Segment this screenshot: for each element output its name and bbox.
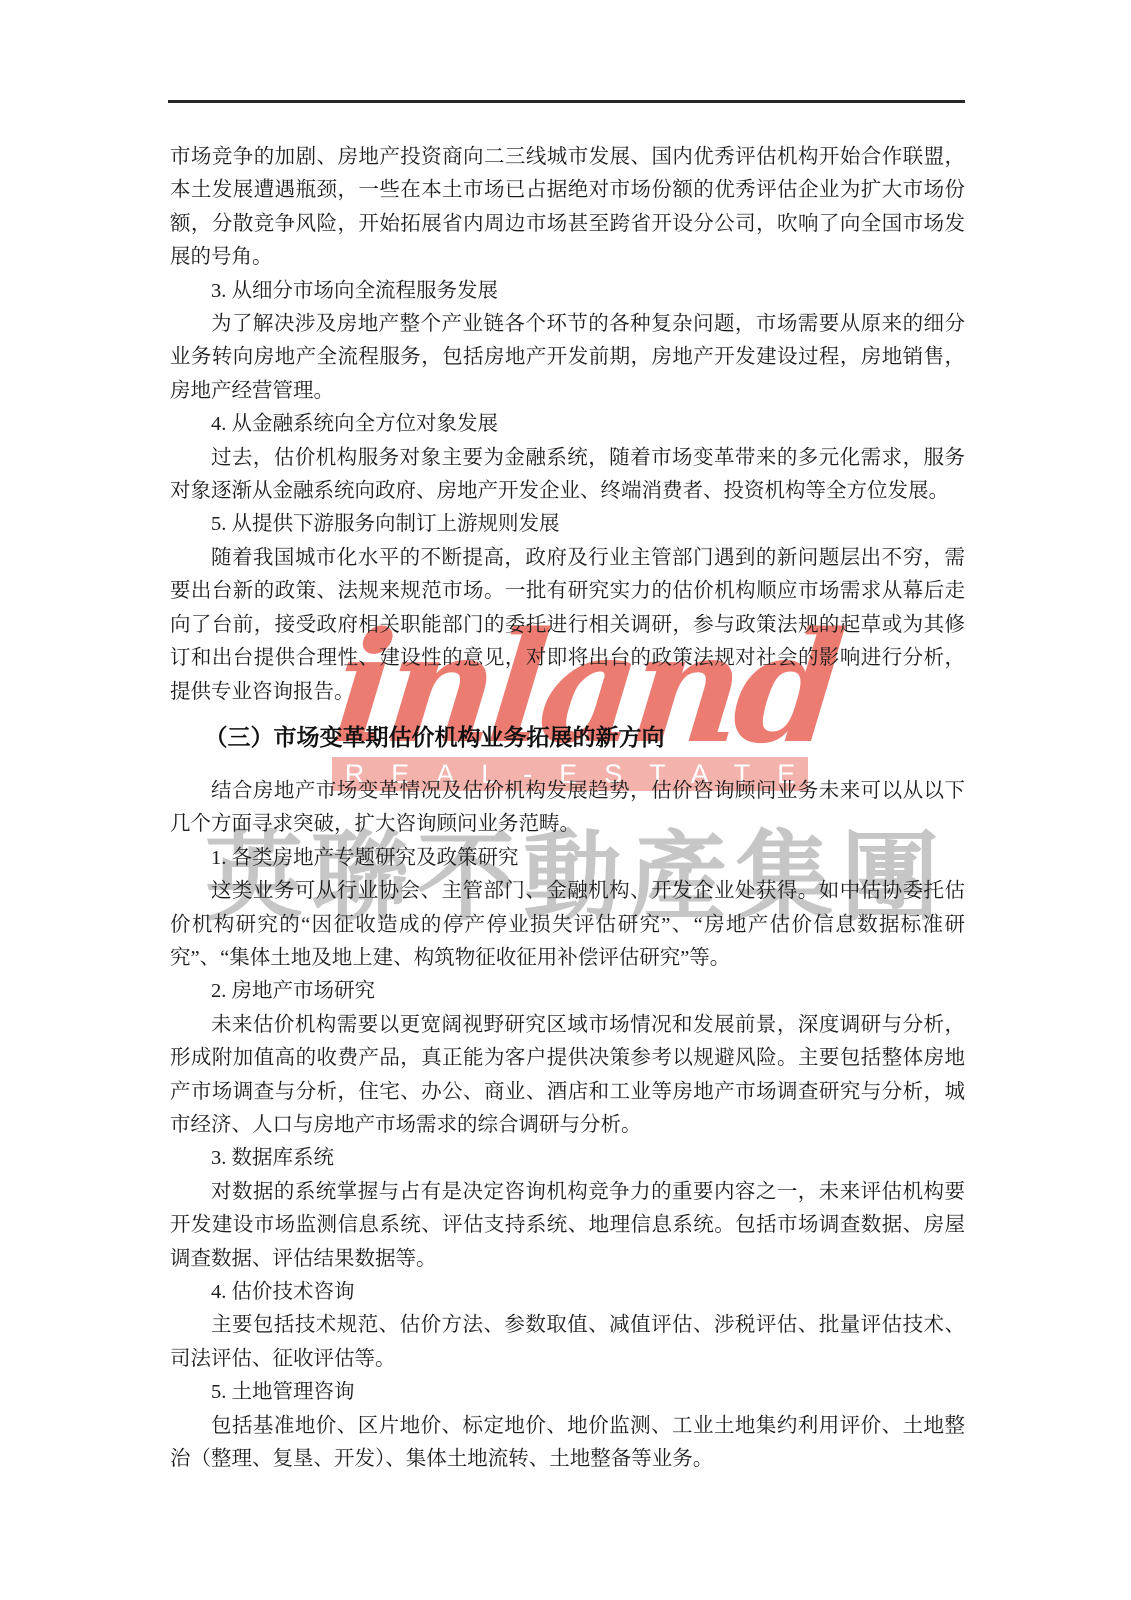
paragraph: 结合房地产市场变革情况及估价机构发展趋势，估价咨询顾问业务未来可以从以下几个方面…	[170, 775, 965, 842]
numbered-subhead: 4. 估价技术咨询	[170, 1276, 965, 1309]
paragraph: 未来估价机构需要以更宽阔视野研究区域市场情况和发展前景，深度调研与分析，形成附加…	[170, 1009, 965, 1143]
document-page: inland REAL-ESTATE 英聯不動產集團 市场竞争的加剧、房地产投资…	[0, 0, 1131, 1600]
numbered-subhead: 5. 土地管理咨询	[170, 1376, 965, 1409]
numbered-subhead: 1. 各类房地产专题研究及政策研究	[170, 842, 965, 875]
numbered-subhead: 2. 房地产市场研究	[170, 975, 965, 1008]
numbered-subhead: 4. 从金融系统向全方位对象发展	[170, 408, 965, 441]
paragraph-continuation: 市场竞争的加剧、房地产投资商向二三线城市发展、国内优秀评估机构开始合作联盟，本土…	[170, 141, 965, 275]
paragraph: 过去，估价机构服务对象主要为金融系统，随着市场变革带来的多元化需求，服务对象逐渐…	[170, 442, 965, 509]
numbered-subhead: 5. 从提供下游服务向制订上游规则发展	[170, 508, 965, 541]
paragraph: 主要包括技术规范、估价方法、参数取值、减值评估、涉税评估、批量评估技术、司法评估…	[170, 1309, 965, 1376]
section-heading: （三）市场变革期估价机构业务拓展的新方向	[170, 718, 965, 756]
paragraph: 对数据的系统掌握与占有是决定咨询机构竞争力的重要内容之一，未来评估机构要开发建设…	[170, 1176, 965, 1276]
document-body: 市场竞争的加剧、房地产投资商向二三线城市发展、国内优秀评估机构开始合作联盟，本土…	[170, 141, 965, 1476]
numbered-subhead: 3. 数据库系统	[170, 1142, 965, 1175]
paragraph: 这类业务可从行业协会、主管部门、金融机构、开发企业处获得。如中估协委托估价机构研…	[170, 875, 965, 975]
numbered-subhead: 3. 从细分市场向全流程服务发展	[170, 275, 965, 308]
paragraph: 为了解决涉及房地产整个产业链各个环节的各种复杂问题，市场需要从原来的细分业务转向…	[170, 308, 965, 408]
paragraph: 随着我国城市化水平的不断提高，政府及行业主管部门遇到的新问题层出不穷，需要出台新…	[170, 542, 965, 709]
paragraph: 包括基准地价、区片地价、标定地价、地价监测、工业土地集约利用评价、土地整治（整理…	[170, 1410, 965, 1477]
header-rule	[168, 100, 965, 103]
